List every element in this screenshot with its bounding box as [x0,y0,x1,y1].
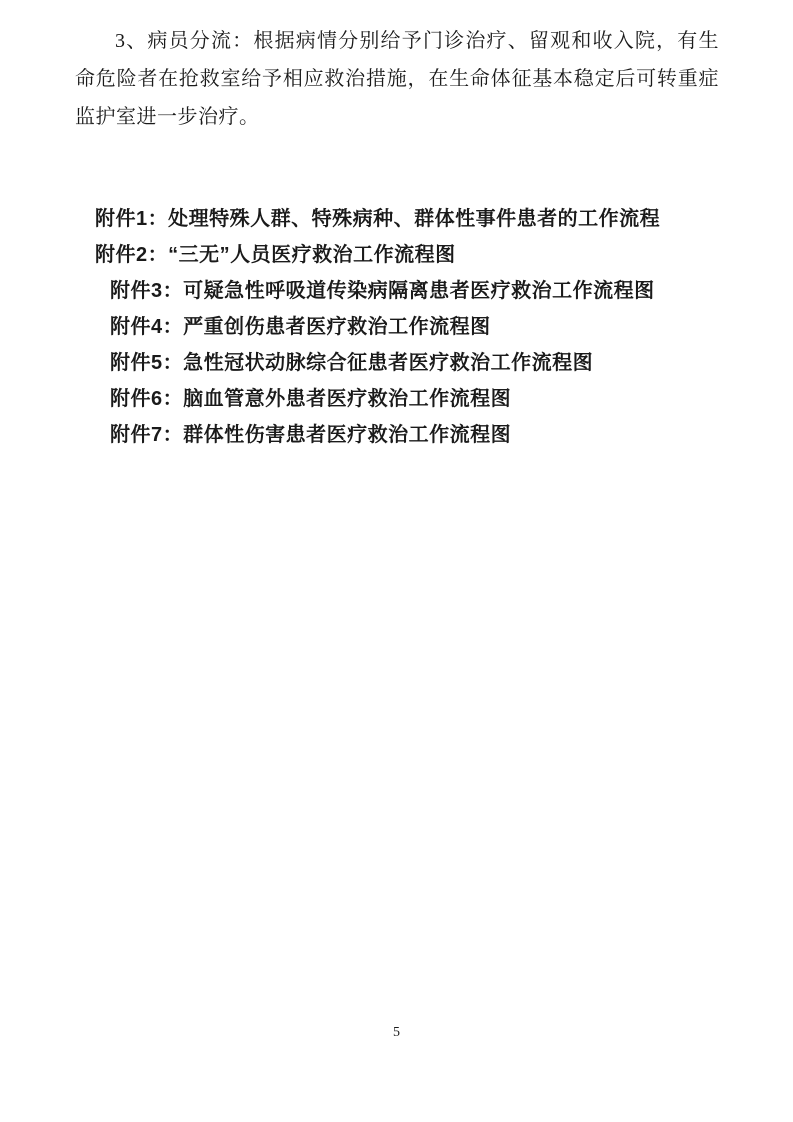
page-number: 5 [0,1025,793,1041]
attachment-item-3: 附件3：可疑急性呼吸道传染病隔离患者医疗救治工作流程图 [75,273,735,309]
attachment-item-7: 附件7：群体性伤害患者医疗救治工作流程图 [75,417,735,453]
attachment-item-2: 附件2：“三无”人员医疗救治工作流程图 [75,237,735,273]
attachment-item-1: 附件1：处理特殊人群、特殊病种、群体性事件患者的工作流程 [75,201,735,237]
attachment-item-5: 附件5：急性冠状动脉综合征患者医疗救治工作流程图 [75,345,735,381]
attachment-item-6: 附件6：脑血管意外患者医疗救治工作流程图 [75,381,735,417]
document-page: 3、病员分流：根据病情分别给予门诊治疗、留观和收入院，有生命危险者在抢救室给予相… [0,0,793,1122]
body-paragraph: 3、病员分流：根据病情分别给予门诊治疗、留观和收入院，有生命危险者在抢救室给予相… [75,22,719,136]
attachment-list: 附件1：处理特殊人群、特殊病种、群体性事件患者的工作流程 附件2：“三无”人员医… [75,201,735,453]
attachment-item-4: 附件4：严重创伤患者医疗救治工作流程图 [75,309,735,345]
